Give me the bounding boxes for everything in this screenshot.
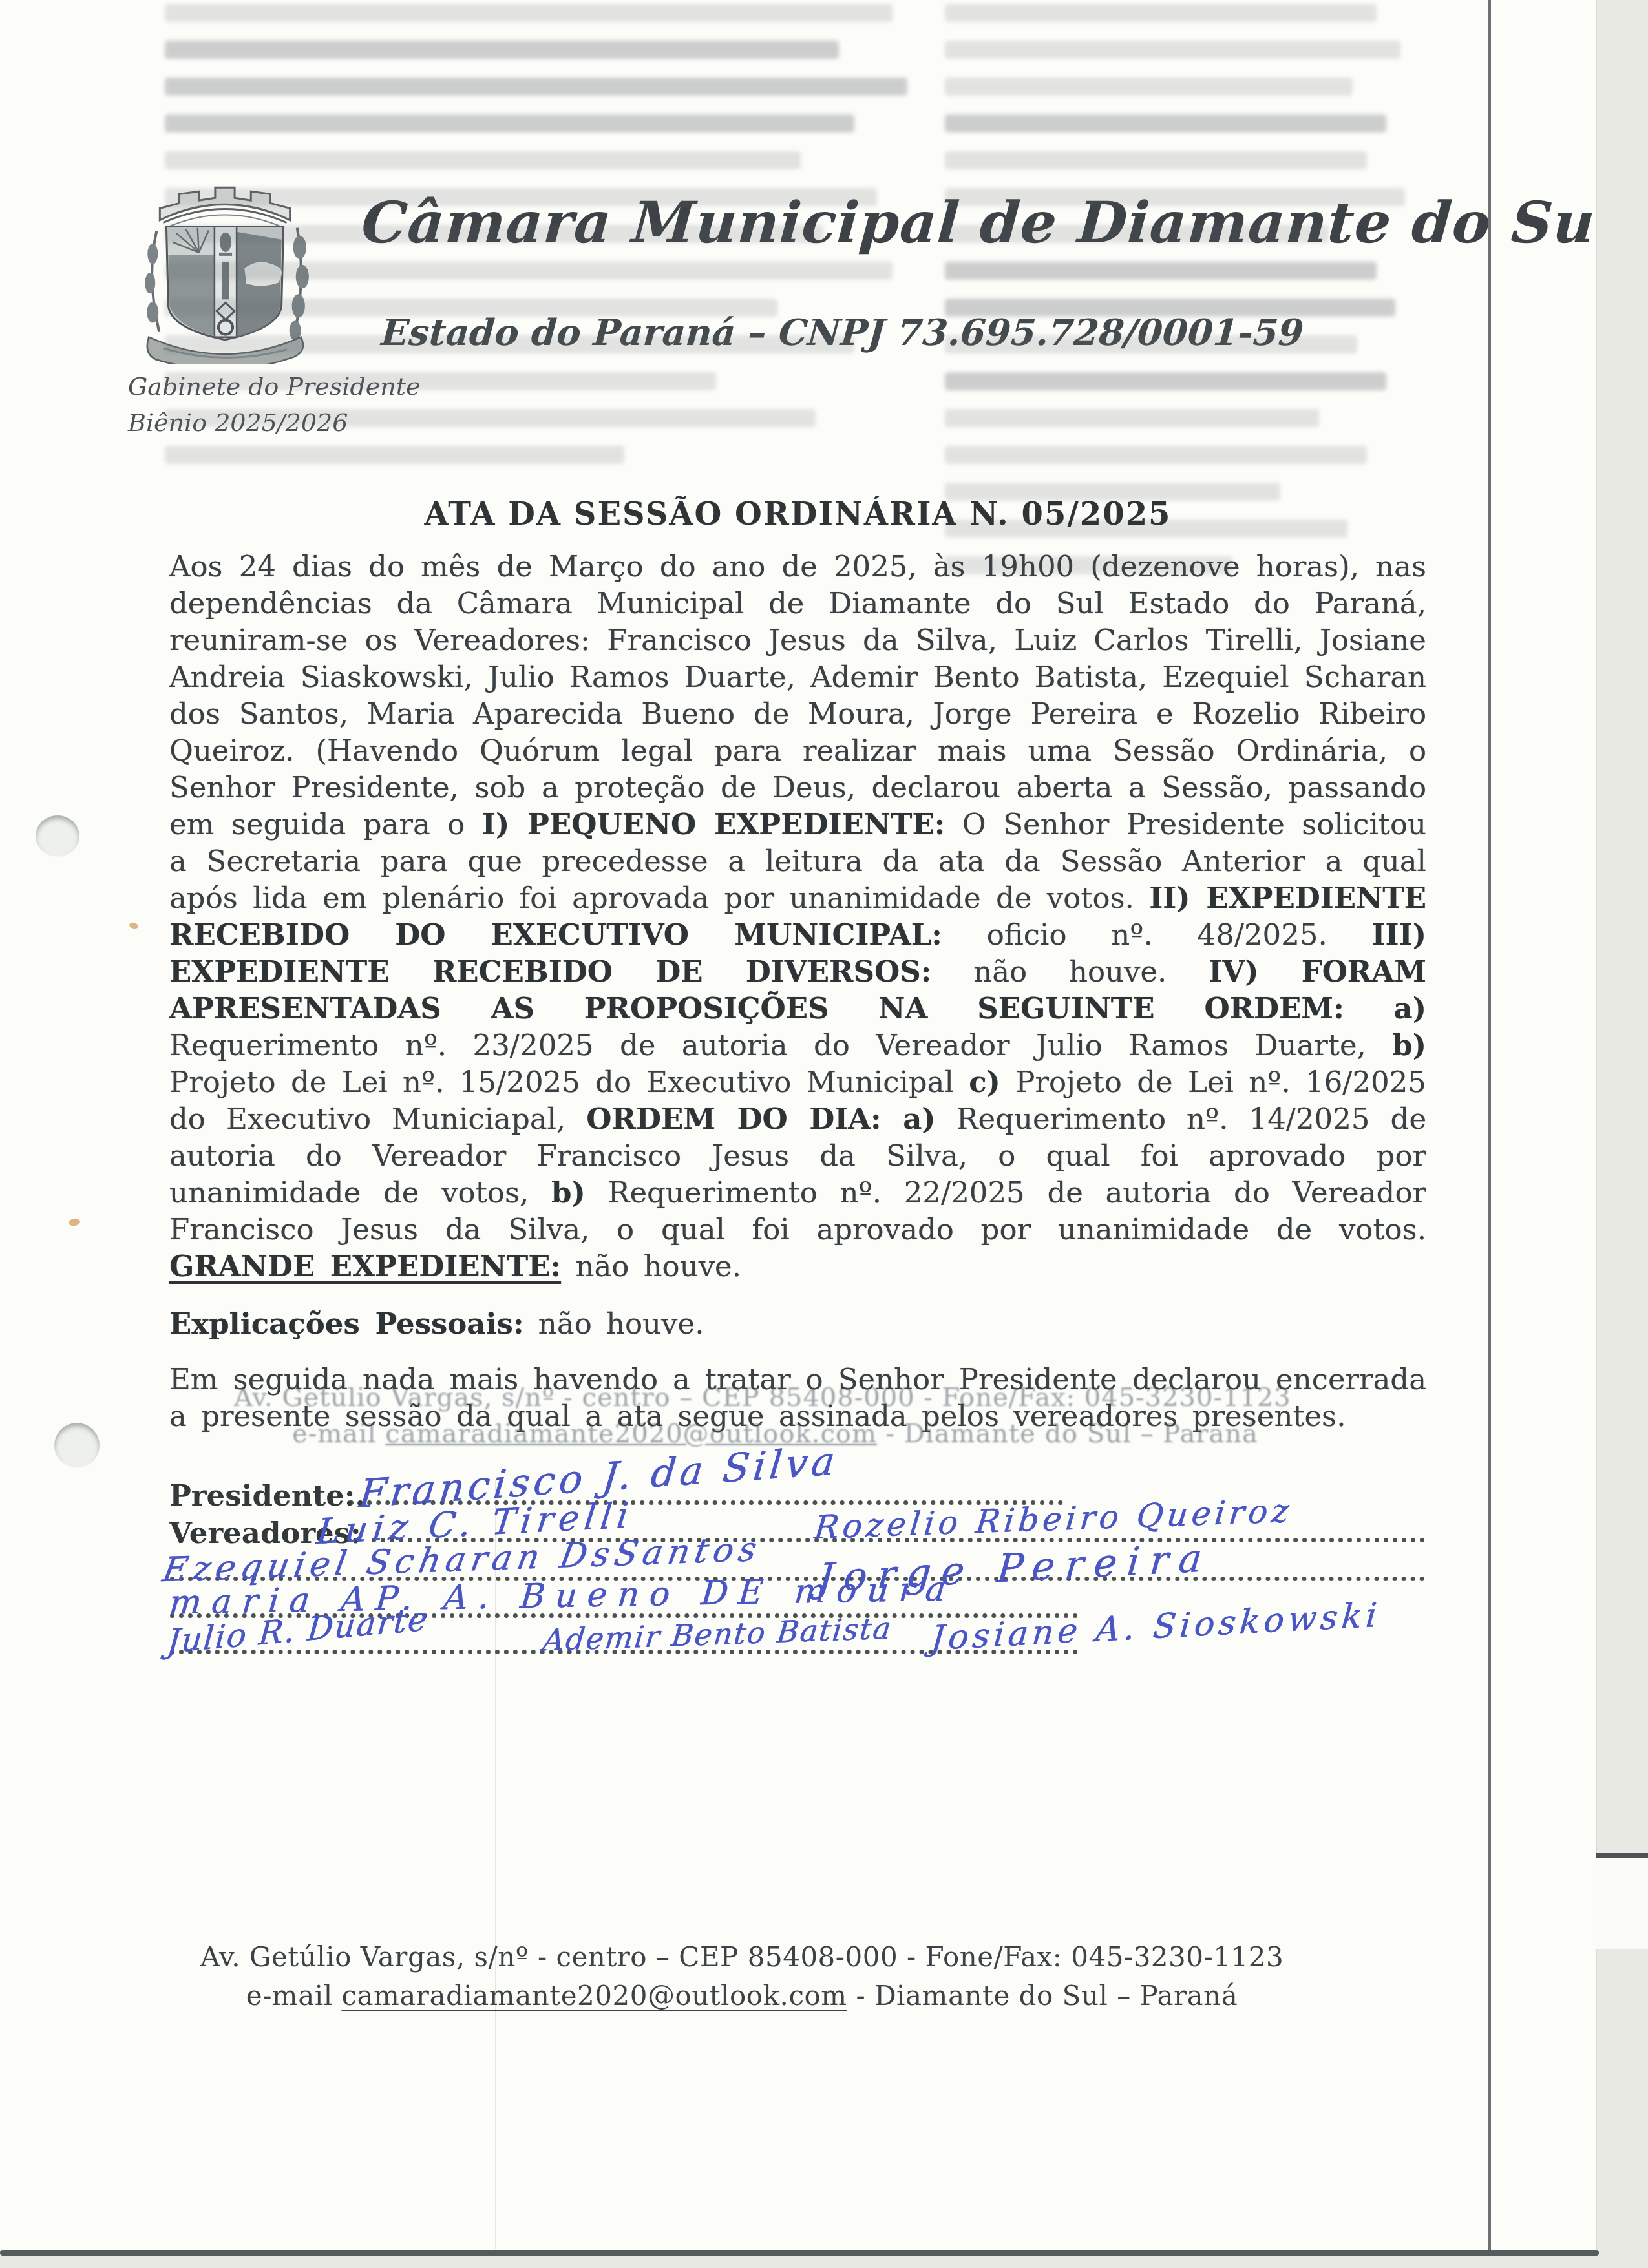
footer-location: - Diamante do Sul – Paraná [847,1980,1238,2011]
minutes-main-paragraph: Aos 24 dias do mês de Março do ano de 20… [169,548,1426,1299]
bleedthrough-text-left [165,4,931,483]
scanned-document-page: Av. Getúlio Vargas, s/nº - centro – CEP … [0,0,1648,2268]
scan-edge-line [1596,1853,1648,1858]
scan-edge-gap [1596,1858,1648,1949]
personal-explanations-paragraph: Explicações Pessoais: não houve. [169,1305,1426,1350]
scan-bottom-strip [0,2256,1648,2268]
document-title: ATA DA SESSÃO ORDINÁRIA N. 05/2025 [169,496,1426,532]
paper-speck [68,1218,81,1227]
president-label: Presidente:. [169,1478,365,1513]
footer-email: camaradiamante2020@outlook.com [341,1980,847,2011]
page-bottom-edge [0,2250,1599,2256]
paper-speck [129,921,139,929]
footer-email-prefix: e-mail [246,1980,342,2011]
page-edge-line [1488,0,1491,2252]
footer-email-line: e-mail camaradiamante2020@outlook.com - … [173,1980,1311,2011]
signature-councilor-8: Josiane A. Sioskowski [929,1596,1382,1659]
footer-address: Av. Getúlio Vargas, s/nº - centro – CEP … [173,1941,1311,1973]
punch-hole-top [36,815,79,857]
punch-hole-bottom [54,1423,100,1468]
